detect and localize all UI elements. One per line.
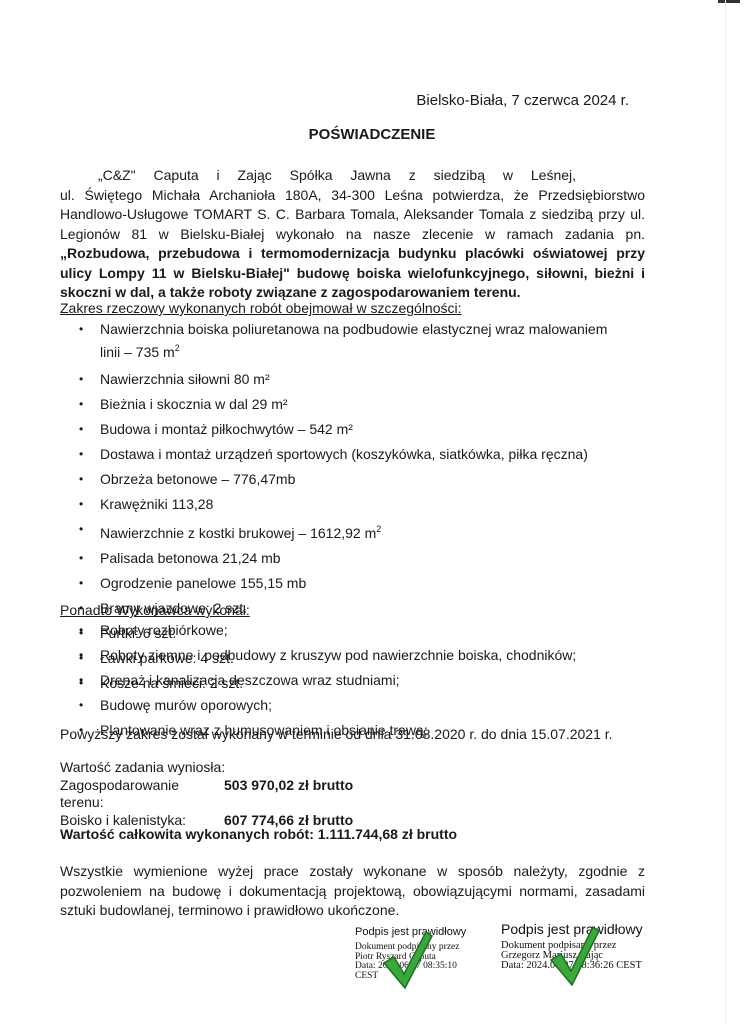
scope-item-text: Ogrodzenie panelowe 155,15 mb — [100, 575, 306, 591]
extra-work-item: Roboty ziemne i podbudowy z kruszyw pod … — [60, 647, 660, 663]
scope-item: Nawierzchnia boiska poliuretanowa na pod… — [60, 320, 660, 362]
scope-item: Obrzeża betonowe – 776,47mb — [60, 471, 660, 487]
extra-work-item: Roboty rozbiórkowe; — [60, 622, 660, 638]
extra-work-item: Budowę murów oporowych; — [60, 697, 660, 713]
scope-item: Nawierzchnia siłowni 80 m² — [60, 371, 660, 387]
task-name: „Rozbudowa, przebudowa i termomodernizac… — [60, 245, 645, 300]
scope-item-text: Dostawa i montaż urządzeń sportowych (ko… — [100, 446, 588, 462]
values-heading: Wartość zadania wyniosła: — [60, 759, 353, 777]
scope-item: Krawężniki 113,28 — [60, 496, 660, 512]
value-amount: 503 970,02 zł brutto — [224, 777, 353, 812]
extra-work-item: Drenaż i kanalizacja deszczowa wraz stud… — [60, 672, 660, 688]
scope-item-text: Obrzeża betonowe – 776,47mb — [100, 471, 295, 487]
scope-item-text-cont: linii – 735 m — [100, 344, 175, 360]
closing-paragraph: Wszystkie wymienione wyżej prace zostały… — [60, 862, 645, 921]
value-label: Zagospodarowanie terenu: — [60, 777, 224, 812]
scope-item-text: Palisada betonowa 21,24 mb — [100, 550, 281, 566]
scope-item: Dostawa i montaż urządzeń sportowych (ko… — [60, 446, 660, 462]
scope-item: Palisada betonowa 21,24 mb — [60, 550, 660, 566]
intro-body: ul. Świętego Michała Archanioła 180A, 34… — [60, 187, 645, 242]
scope-item-text: Bieżnia i skocznia w dal 29 m² — [100, 396, 288, 412]
intro-paragraph: „C&Z" Caputa i Zając Spółka Jawna z sied… — [60, 166, 645, 303]
scope-heading: Zakres rzeczowy wykonanych robót obejmow… — [60, 300, 462, 316]
document-page: Bielsko-Biała, 7 czerwca 2024 r. POŚWIAD… — [0, 0, 744, 1024]
period-statement: Powyższy zakres został wykonany w termin… — [60, 725, 645, 745]
values-block: Wartość zadania wyniosła: Zagospodarowan… — [60, 759, 353, 829]
extra-works-heading: Ponadto Wykonawca wykonał: — [60, 602, 250, 618]
checkmark-icon — [549, 925, 601, 987]
scope-item-text: Nawierzchnia boiska poliuretanowa na pod… — [100, 321, 607, 337]
scan-corner-mark — [718, 0, 740, 3]
scan-edge-line — [725, 0, 726, 1024]
scope-item: Bieżnia i skocznia w dal 29 m² — [60, 396, 660, 412]
scope-item-text: Nawierzchnie z kostki brukowej – 1612,92… — [100, 525, 376, 541]
checkmark-icon — [382, 930, 434, 990]
superscript: 2 — [376, 524, 381, 534]
total-value: Wartość całkowita wykonanych robót: 1.11… — [60, 826, 457, 842]
scope-item-text: Krawężniki 113,28 — [100, 496, 213, 512]
intro-line-1: „C&Z" Caputa i Zając Spółka Jawna z sied… — [60, 166, 645, 186]
scope-item: Nawierzchnie z kostki brukowej – 1612,92… — [60, 521, 660, 541]
document-title: POŚWIADCZENIE — [0, 126, 744, 143]
scope-item-text: Budowa i montaż piłkochwytów – 542 m² — [100, 421, 353, 437]
place-date: Bielsko-Biała, 7 czerwca 2024 r. — [416, 92, 629, 109]
scope-item: Budowa i montaż piłkochwytów – 542 m² — [60, 421, 660, 437]
value-row: Zagospodarowanie terenu: 503 970,02 zł b… — [60, 777, 353, 812]
scope-item: Ogrodzenie panelowe 155,15 mb — [60, 575, 660, 591]
superscript: 2 — [175, 343, 180, 353]
scope-item-text: Nawierzchnia siłowni 80 m² — [100, 371, 270, 387]
